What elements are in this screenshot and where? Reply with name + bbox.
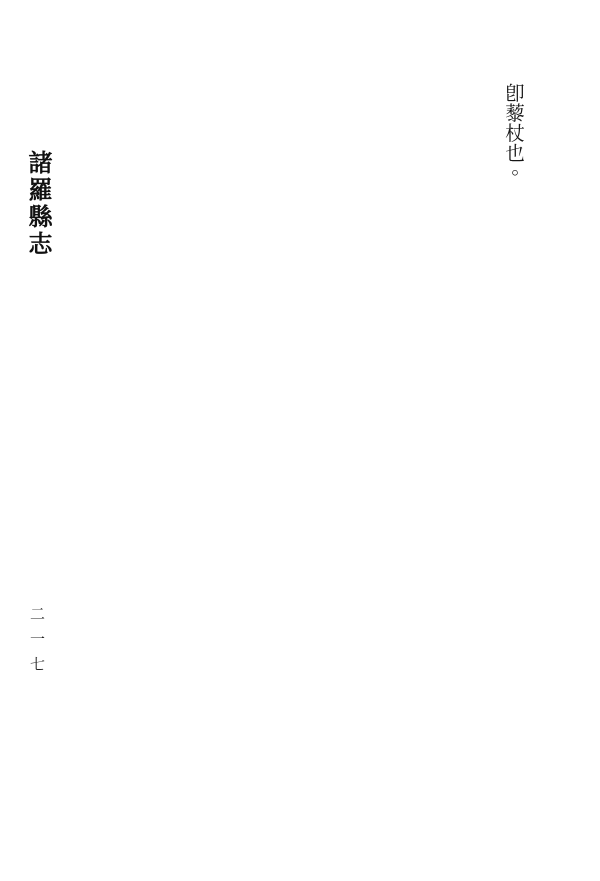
scanned-gazetteer-page: 諸羅縣志 二一七 卽藜杖也。 玉芙蓉：葉似艾而微香，色亦淡雅；婦女愛之，多插於首… <box>0 0 600 881</box>
text-column: 卽藜杖也。 <box>77 83 527 851</box>
book-running-title: 諸羅縣志 <box>20 150 55 258</box>
page-number: 二一七 <box>26 606 47 681</box>
main-text-block: 卽藜杖也。 玉芙蓉：葉似艾而微香，色亦淡雅；婦女愛之，多插於首。此與老來嬌及藜，… <box>77 83 527 851</box>
